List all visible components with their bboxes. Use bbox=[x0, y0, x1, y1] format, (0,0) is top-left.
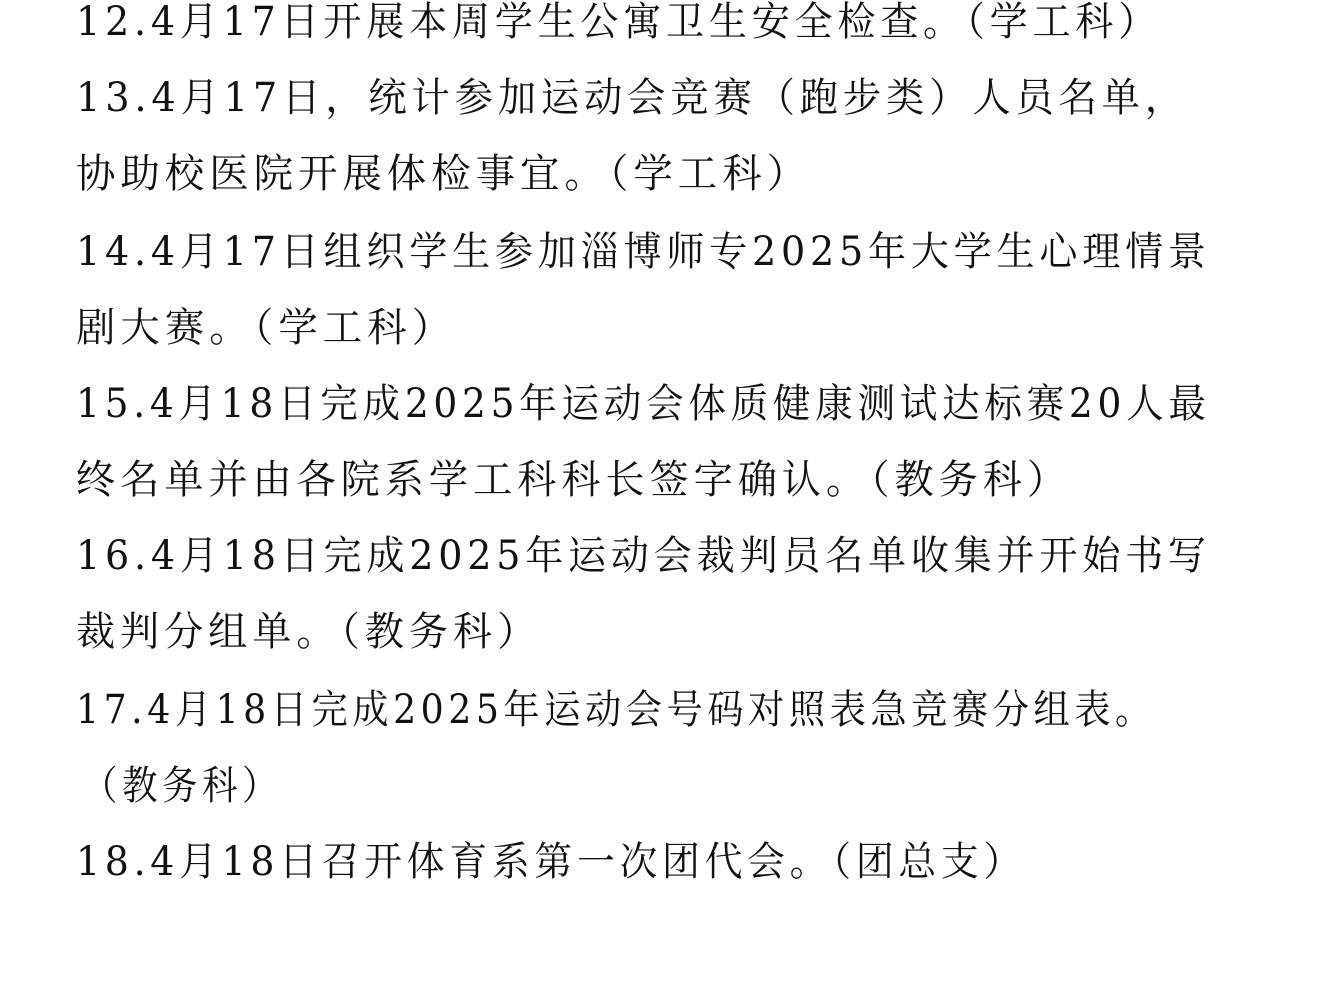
text-line: 14.4月17日组织学生参加淄博师专2025年大学生心理情景 bbox=[76, 228, 1211, 276]
text-line: 剧大赛。（学工科） bbox=[76, 304, 456, 352]
text-line: 13.4月17日，统计参加运动会竞赛（跑步类）人员名单， bbox=[76, 74, 1188, 122]
text-line: 18.4月18日召开体育系第一次团代会。（团总支） bbox=[76, 838, 1026, 886]
text-line: （教务科） bbox=[82, 762, 282, 810]
text-line: 终名单并由各院系学工科科长签字确认。（教务科） bbox=[76, 456, 1071, 504]
text-line: 15.4月18日完成2025年运动会体质健康测试达标赛20人最 bbox=[76, 380, 1211, 428]
text-line: 裁判分组单。（教务科） bbox=[76, 608, 541, 656]
text-line: 17.4月18日完成2025年运动会号码对照表急竞赛分组表。 bbox=[76, 686, 1156, 734]
text-line: 16.4月18日完成2025年运动会裁判员名单收集并开始书写 bbox=[76, 532, 1211, 580]
text-line: 12.4月17日开展本周学生公寓卫生安全检查。（学工科） bbox=[76, 0, 1161, 46]
document-page: 12.4月17日开展本周学生公寓卫生安全检查。（学工科） 13.4月17日，统计… bbox=[0, 0, 1320, 997]
text-line: 协助校医院开展体检事宜。（学工科） bbox=[76, 150, 811, 198]
